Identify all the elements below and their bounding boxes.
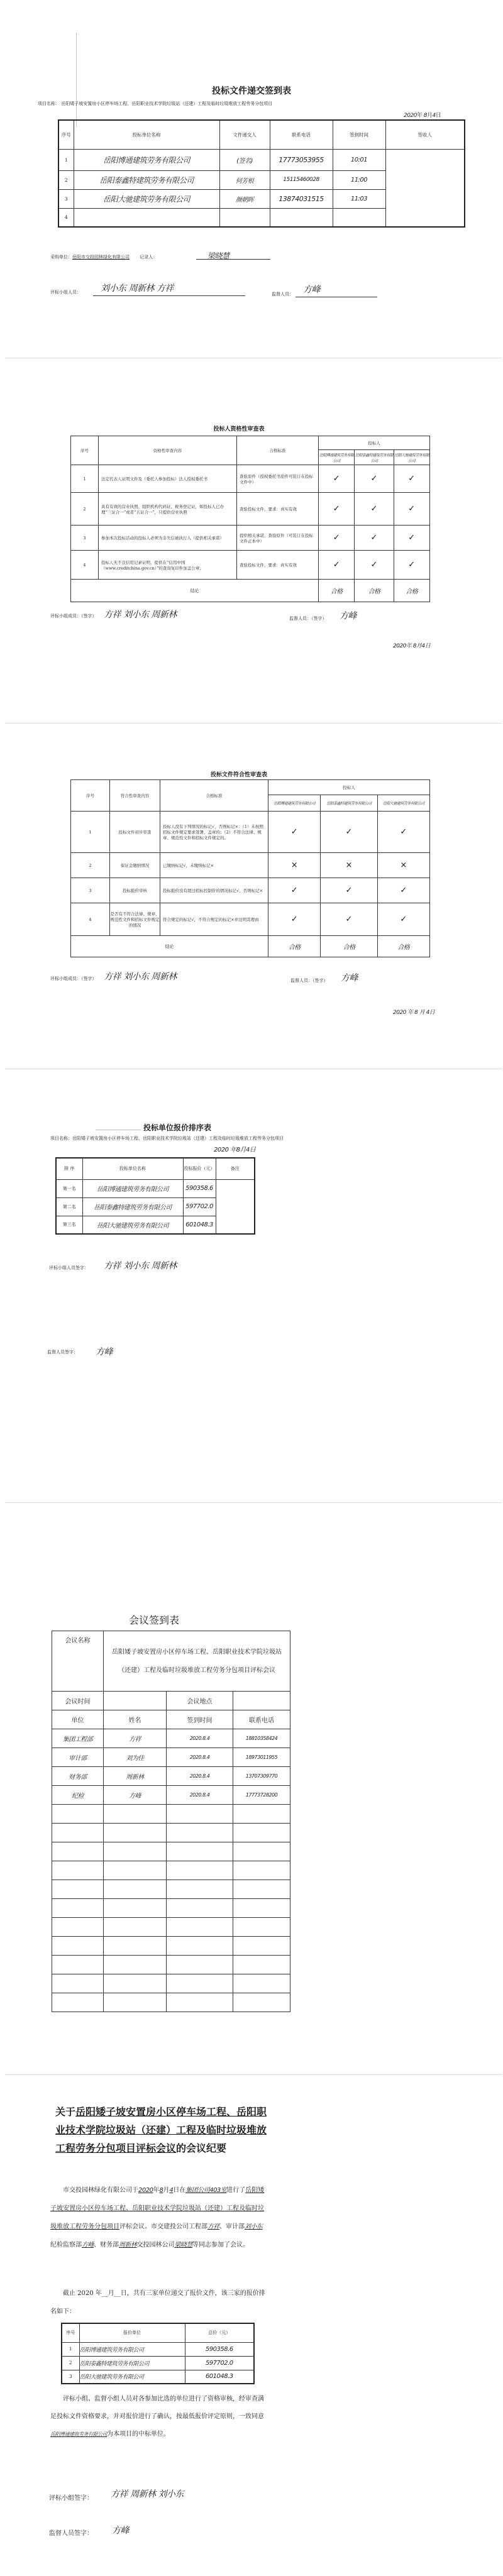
row-price: 590358.6	[183, 1179, 216, 1197]
check-mark: ✓	[321, 878, 377, 903]
row-no: 3	[62, 2370, 79, 2384]
conclusion-row: 结论 合格 合格 合格	[71, 936, 430, 957]
title-project: 岳阳矮子坡安置房小区停车场工程、岳阳职业技术学院垃圾站（还建）工程及临时垃圾堆放…	[55, 2106, 267, 2154]
row-no: 2	[71, 853, 110, 878]
row-name: 方祥	[104, 1729, 167, 1748]
text: 日在	[173, 2187, 185, 2194]
meeting-place-value	[233, 1692, 290, 1710]
row-no: 4	[58, 208, 74, 227]
row-no: 1	[62, 2342, 79, 2356]
empty-cell	[52, 1937, 104, 1956]
row-no: 2	[58, 170, 74, 189]
text: 纪检监察部	[50, 2242, 82, 2248]
empty-cell	[167, 1805, 233, 1824]
empty-row	[52, 1880, 290, 1899]
empty-row	[52, 1937, 290, 1956]
empty-cell	[104, 1956, 167, 1974]
supervisor-label: 监督人员签字：	[47, 1349, 78, 1355]
check-mark: ✓	[321, 903, 377, 936]
row-person: 颜朝晖	[219, 189, 270, 208]
empty-cell	[167, 1993, 233, 2012]
row-time: 2020.8.4	[167, 1786, 233, 1805]
row-phone: 17773053955	[270, 149, 333, 170]
text: 月	[163, 2187, 169, 2194]
check-mark: ✓	[377, 903, 429, 936]
empty-cell	[104, 1937, 167, 1956]
row-time: 2020.8.4	[167, 1748, 233, 1767]
supervisor-label: 监督人员：	[272, 291, 294, 297]
empty-cell	[167, 1824, 233, 1842]
page-separator	[5, 358, 502, 358]
empty-cell	[104, 1880, 167, 1899]
page-price-ranking: 投标单位报价排序表 项目名称：岳阳矮子坡安置房小区停车场工程、岳阳职业技术学院垃…	[0, 1072, 503, 1499]
check-mark: ✓	[355, 551, 394, 580]
supervisor-signature: 方峰	[112, 2524, 129, 2536]
table-row: 4 是否有不符合法律、规章、规范性文件和招标文件规定的情况 符合规定的标记√，不…	[71, 903, 430, 936]
cross-mark: ×	[321, 853, 377, 878]
project-name-row: 项目名称：岳阳矮子坡安置房小区停车场工程、岳阳职业技术学院垃圾站（还建）工程及临…	[50, 1135, 302, 1142]
col-phone: 联系电话	[233, 1710, 290, 1729]
bidder-3: 岳阳大驰建筑劳务有限公司	[377, 795, 429, 812]
empty-cell	[167, 1842, 233, 1861]
check-mark: ✓	[319, 551, 355, 580]
conclusion-value: 合格	[268, 936, 321, 957]
row-company: 岳阳大驰建筑劳务有限公司	[79, 2370, 185, 2384]
empty-row	[52, 1956, 290, 1974]
page-separator	[5, 1502, 502, 1503]
check-mark: ✓	[394, 526, 430, 551]
text: 评标小组、监督小组人员对各参加比选的单位进行了资格审核，经审查满足投标文件资格要…	[50, 2396, 264, 2420]
row-standard: 查验原件（授权委托书原件可装订在投标文件中）	[237, 465, 319, 493]
row-time	[333, 208, 385, 227]
row-price: 601048.3	[185, 2370, 254, 2384]
table-row: 第一名 岳阳博通建筑劳务有限公司 590358.6	[56, 1179, 255, 1197]
panel-label: 评标小组人员：	[50, 289, 81, 295]
row-standard: 已缴纳标记√，未缴纳标记×	[160, 853, 268, 878]
empty-cell	[167, 1956, 233, 1974]
check-mark: ✓	[268, 878, 321, 903]
panel-signatures: 方祥 周新林 刘小东	[111, 2487, 184, 2500]
empty-cell	[52, 1956, 104, 1974]
panel-signatures: 方祥 刘小东 周新林	[104, 1259, 177, 1272]
empty-cell	[52, 1899, 104, 1918]
table-row: 3 投标报价审核 投标报价没有超过招标控制价的情况标记√，否则标记× ✓ ✓ ✓	[71, 878, 430, 903]
row-time: 11:03	[333, 189, 385, 208]
empty-cell	[233, 1974, 290, 1993]
col-content: 符合性审查内容	[110, 780, 160, 812]
col-price: 总价（元）	[185, 2323, 254, 2342]
row-content: 法定代表人证明文件及（委托人参加投标）法人授权委托书	[99, 465, 237, 493]
row-phone: 18810358424	[233, 1729, 290, 1748]
col-no: 序号	[71, 436, 99, 465]
page-separator	[5, 723, 502, 724]
check-mark: ✓	[394, 493, 430, 526]
col-content: 资格性审查内容	[99, 436, 237, 465]
empty-cell	[52, 1861, 104, 1880]
empty-cell	[104, 1805, 167, 1824]
remark-cell	[216, 1179, 255, 1234]
col-bidders: 投标人	[319, 436, 430, 450]
minutes-price-table: 序号 报价单位 总价（元） 1 岳阳博通建筑劳务有限公司 590358.6 2 …	[61, 2323, 255, 2384]
col-name: 姓名	[104, 1710, 167, 1729]
check-mark: ✓	[377, 812, 429, 853]
row-time: 2020.8.4	[167, 1729, 233, 1748]
check-mark: ✓	[268, 903, 321, 936]
col-unit: 单位	[52, 1710, 104, 1729]
check-mark: ✓	[355, 526, 394, 551]
empty-cell	[104, 1993, 167, 2012]
table-row: 1 岳阳博通建筑劳务有限公司 (签名) 17773053955 10:01	[58, 149, 465, 170]
row-name: 周新林	[104, 1767, 167, 1786]
conclusion-value: 合格	[394, 580, 430, 602]
empty-cell	[233, 1861, 290, 1880]
check-mark: ✓	[355, 493, 394, 526]
row-price: 590358.6	[185, 2342, 254, 2356]
row-time: 11:00	[333, 170, 385, 189]
col-company: 报价单位	[79, 2323, 185, 2342]
row-company: 岳阳大驰建筑劳务有限公司	[82, 1216, 183, 1234]
page-conformity-review: 投标文件符合性审查表 序号 符合性审查内容 合格标准 投标人 岳阳博通建筑劳务有…	[0, 726, 503, 1065]
supervisor-signature: 方峰	[341, 971, 358, 984]
check-mark: ✓	[394, 551, 430, 580]
row-time: 10:01	[333, 149, 385, 170]
table-row: 2 保证金缴纳情况 已缴纳标记√，未缴纳标记× × × ×	[71, 853, 430, 878]
supervisor-label: 监督人员：（签字）	[289, 615, 327, 622]
row-no: 4	[71, 551, 99, 580]
empty-cell	[52, 1880, 104, 1899]
bidder-3: 岳阳大驰建筑劳务有限公司	[394, 450, 430, 465]
panel-label: 评标小组成员：（签字）	[50, 613, 97, 619]
row-price: 597702.0	[183, 1197, 216, 1216]
row-standard: 符合规定的标记√，不符合规定的标记×并注明其理由	[160, 903, 268, 936]
project-label: 项目名称：	[38, 101, 60, 106]
row-content: 保证金缴纳情况	[110, 853, 160, 878]
empty-cell	[233, 1956, 290, 1974]
conclusion-value: 合格	[377, 936, 429, 957]
title-rule	[96, 1130, 141, 1130]
page-meeting-minutes: 关于岳阳矮子坡安置房小区停车场工程、岳阳职业技术学院垃圾站（还建）工程及临时垃圾…	[0, 2078, 503, 2576]
empty-cell	[104, 1861, 167, 1880]
page-title: 会议签到表	[129, 1612, 179, 1627]
text: 年	[153, 2187, 159, 2194]
row-rank: 第三名	[56, 1216, 82, 1234]
row-company: 岳阳大驰建筑劳务有限公司	[74, 189, 219, 208]
supervisor-line	[296, 297, 377, 297]
row-phone: 13707309770	[233, 1767, 290, 1786]
check-mark: ✓	[319, 526, 355, 551]
text: 、财务部	[94, 2242, 119, 2248]
project-name: 岳阳矮子坡安置房小区停车场工程、岳阳职业技术学院垃圾站（还建）工程及临时垃圾堆放…	[72, 1136, 284, 1141]
check-mark: ✓	[355, 465, 394, 493]
row-no: 1	[58, 149, 74, 170]
purchaser-row: 采购单位：岳阳市交投园林绿化有限公司 记录人：	[50, 254, 157, 260]
page-meeting-signin: 会议签到表 会议名称 岳阳矮子坡安置房小区停车场工程、岳阳职业技术学院垃圾站（还…	[0, 1505, 503, 2059]
row-content: 是否有不符合法律、规章、规范性文件和招标文件规定的情况	[110, 903, 160, 936]
year-value: 2020	[138, 2187, 153, 2194]
row-unit: 纪检	[52, 1786, 104, 1805]
row-company: 岳阳泰鑫特建筑劳务有限公司	[82, 1197, 183, 1216]
panel-signatures: 方祥 刘小东 周新林	[104, 608, 177, 620]
purchaser-label: 采购单位：	[50, 255, 72, 260]
col-receiver: 签收人	[385, 120, 465, 149]
col-no: 序号	[58, 120, 74, 149]
row-company	[74, 208, 219, 227]
meeting-table: 会议名称 岳阳矮子坡安置房小区停车场工程、岳阳职业技术学院垃圾站（还建）工程及临…	[52, 1631, 290, 2012]
row-content: 投标报价审核	[110, 878, 160, 903]
row-standard: 查验投标文件，要求：真实有效	[237, 551, 319, 580]
col-signin-time: 签到时间	[167, 1710, 233, 1729]
empty-row	[52, 1974, 290, 1993]
table-row: 1 投标文件初步审查 投标人没有下列情况的标记√，否则标记×：（1）未按照招标文…	[71, 812, 430, 853]
meeting-name-value: 岳阳矮子坡安置房小区停车场工程、岳阳职业技术学院垃圾站（还建）工程及临时垃圾堆放…	[104, 1631, 290, 1692]
text: 为本项目的中标单位。	[107, 2431, 170, 2438]
col-price: 投标报价（元）	[183, 1158, 216, 1179]
table-row: 3 参加本次投标活动的投标人必须为非失信被执行人（提供相关承诺） 提供相关承诺，…	[71, 526, 430, 551]
row-phone: 13874031515	[270, 189, 333, 208]
bidder-2: 岳阳泰鑫特建筑劳务有限公司	[355, 450, 394, 465]
table-row: 集团工程部 方祥 2020.8.4 18810358424	[52, 1729, 290, 1748]
row-content: 具有有效的营业执照、组织机构代码证、税务登记证，如投标人已办理“三证合一”或者“…	[99, 493, 237, 526]
meeting-time-label: 会议时间	[52, 1692, 104, 1710]
empty-cell	[233, 1880, 290, 1899]
table-row: 财务部 周新林 2020.8.4 13707309770	[52, 1767, 290, 1786]
cross-mark: ×	[268, 853, 321, 878]
empty-row	[52, 1824, 290, 1842]
empty-cell	[167, 1899, 233, 1918]
empty-cell	[52, 1842, 104, 1861]
winner-value: 岳阳博通建筑劳务有限公司	[50, 2431, 107, 2437]
conclusion-value: 合格	[355, 580, 394, 602]
conclusion-label: 结论	[71, 580, 319, 602]
supervisor-label: 监督人员：（签字）	[290, 977, 328, 984]
row-content: 投标人无不良信用记录证明，提供在“信用中国（www.creditchina.go…	[99, 551, 237, 580]
row-standard: 提供相关承诺，查验原件（可装订在投标文件正本中）	[237, 526, 319, 551]
text: 交投园林公司	[137, 2242, 175, 2248]
panel-label: 评标小组成员：（签字）	[50, 976, 97, 982]
col-rank: 排 序	[56, 1158, 82, 1179]
table-row: 4 投标人无不良信用记录证明，提供在“信用中国（www.creditchina.…	[71, 551, 430, 580]
empty-cell	[52, 1824, 104, 1842]
minutes-para-3: 评标小组、监督小组人员对各参加比选的单位进行了资格审核，经审查满足投标文件资格要…	[50, 2391, 267, 2443]
empty-cell	[167, 1918, 233, 1937]
row-unit: 集团工程部	[52, 1729, 104, 1748]
minutes-para-1: 市交投园林绿化有限公司于2020年8月4日在集团公司403室进行了岳阳矮子坡安置…	[50, 2181, 267, 2254]
check-mark: ✓	[394, 465, 430, 493]
empty-cell	[167, 1937, 233, 1956]
row-person	[219, 208, 270, 227]
row-no: 3	[58, 189, 74, 208]
empty-cell	[233, 1918, 290, 1937]
table-row: 审计部 刘为佳 2020.8.4 18973011955	[52, 1748, 290, 1767]
ranking-table: 排 序 投标单位名称 投标报价（元） 备注 第一名 岳阳博通建筑劳务有限公司 5…	[55, 1157, 255, 1235]
supervisor-signature: 方峰	[303, 283, 320, 295]
row-no: 3	[71, 878, 110, 903]
row-no: 2	[71, 493, 99, 526]
empty-row	[52, 1899, 290, 1918]
panel-signatures: 刘小东 周新林 方祥	[101, 282, 174, 294]
row-no: 1	[71, 465, 99, 493]
row-time: 2020.8.4	[167, 1767, 233, 1786]
row-name: 刘为佳	[104, 1748, 167, 1767]
bidder-1: 岳阳博通建筑劳务有限公司	[319, 450, 355, 465]
qualification-table: 序号 资格性审查内容 合格标准 投标人 岳阳博通建筑劳务有限公司 岳阳泰鑫特建筑…	[70, 436, 430, 602]
check-mark: ✓	[321, 812, 377, 853]
empty-row	[52, 1861, 290, 1880]
row-standard: 查验投标文件，要求：真实有效	[237, 493, 319, 526]
table-row: 2 具有有效的营业执照、组织机构代码证、税务登记证，如投标人已办理“三证合一”或…	[71, 493, 430, 526]
empty-cell	[52, 1918, 104, 1937]
check-mark: ✓	[377, 878, 429, 903]
submission-table: 序号 投标单位名称 文件递交人 联系电话 签到时间 签收人 1 岳阳博通建筑劳务…	[58, 119, 465, 228]
empty-cell	[167, 1861, 233, 1880]
col-phone: 联系电话	[270, 120, 333, 149]
col-person: 文件递交人	[219, 120, 270, 149]
check-mark: ✓	[319, 493, 355, 526]
panel-signatures: 方祥 刘小东 周新林	[104, 970, 177, 983]
row-name: 方峰	[104, 1786, 167, 1805]
supervisor-signature: 方峰	[340, 609, 357, 622]
engineering-sig: 方祥	[207, 2223, 219, 2230]
conformity-table: 序号 符合性审查内容 合格标准 投标人 岳阳博通建筑劳务有限公司 岳阳泰鑫特建筑…	[70, 779, 430, 957]
row-company: 岳阳泰鑫特建筑劳务有限公司	[74, 170, 219, 189]
table-row: 纪检 方峰 2020.8.4 17773728200	[52, 1786, 290, 1805]
empty-row	[52, 1842, 290, 1861]
row-no: 1	[71, 812, 110, 853]
meeting-name-label: 会议名称	[52, 1631, 104, 1692]
page-separator	[5, 1069, 502, 1069]
row-price: 601048.3	[183, 1216, 216, 1234]
row-phone: 18973011955	[233, 1748, 290, 1767]
bidder-2: 岳阳泰鑫特建筑劳务有限公司	[321, 795, 377, 812]
empty-cell	[233, 1937, 290, 1956]
minutes-para-2: 截止 2020 年__月__日，共有三家单位递交了报价文件，该三家的报价排名如下…	[50, 2284, 267, 2321]
page-bid-submission-signin: 投标文件递交签到表 项目名称： 岳阳矮子坡安置房小区停车场工程、岳阳职业技术学院…	[0, 0, 503, 339]
text: 等同志参加了会议。	[192, 2242, 249, 2248]
empty-cell	[233, 1805, 290, 1824]
row-standard: 投标人没有下列情况的标记√，否则标记×：（1）未按照招标文件规定要求签署、盖章的…	[160, 812, 268, 853]
empty-cell	[233, 1899, 290, 1918]
empty-cell	[104, 1824, 167, 1842]
empty-cell	[104, 1918, 167, 1937]
page-qualification-review: 投标人资格性审查表 序号 资格性审查内容 合格标准 投标人 岳阳博通建筑劳务有限…	[0, 361, 503, 713]
page-title: 投标文件递交签到表	[0, 84, 503, 97]
project-name-row: 项目名称： 岳阳矮子坡安置房小区停车场工程、岳阳职业技术学院垃圾站（还建）工程及…	[38, 101, 272, 107]
text: 市交投园林绿化有限公司于	[63, 2187, 138, 2194]
empty-rows	[52, 1805, 290, 2012]
empty-cell	[52, 1993, 104, 2012]
col-no: 序号	[62, 2323, 79, 2342]
table-row: 2 岳阳泰鑫特建筑劳务有限公司 597702.0	[62, 2356, 254, 2370]
row-rank: 第一名	[56, 1179, 82, 1197]
bidder-1: 岳阳博通建筑劳务有限公司	[268, 795, 321, 812]
recorder-signature: 梁晓慧	[207, 250, 229, 261]
empty-cell	[104, 1842, 167, 1861]
page-separator	[5, 2074, 502, 2075]
col-no: 序号	[71, 780, 110, 812]
row-unit: 财务部	[52, 1767, 104, 1786]
title-suffix: 的会议纪要	[176, 2142, 226, 2154]
project-label: 项目名称：	[50, 1136, 72, 1141]
table-row: 1 岳阳博通建筑劳务有限公司 590358.6	[62, 2342, 254, 2356]
sign-date: 2020 年8月4日	[214, 1144, 255, 1153]
discipline-sig: 方峰	[82, 2242, 94, 2248]
supervisor-signature: 方峰	[96, 1345, 113, 1358]
meeting-place-label: 会议地点	[167, 1692, 233, 1710]
row-person: (签名)	[219, 149, 270, 170]
audit-sig: 刘小东	[245, 2223, 263, 2230]
empty-cell	[104, 1899, 167, 1918]
row-no: 3	[71, 526, 99, 551]
receiver-cell	[385, 149, 465, 227]
sign-date: 2020年 8月4日	[393, 641, 430, 649]
sign-date: 2020年 8月4日	[404, 111, 441, 119]
table-row: 1 法定代表人证明文件及（委托人参加投标）法人授权委托书 查验原件（授权委托书原…	[71, 465, 430, 493]
conclusion-value: 合格	[319, 580, 355, 602]
row-company: 岳阳泰鑫特建筑劳务有限公司	[79, 2356, 185, 2370]
col-bidders: 投标人	[268, 780, 430, 795]
panel-label: 评标小组人员签字：	[49, 1265, 89, 1271]
row-person: 何芳根	[219, 170, 270, 189]
empty-cell	[233, 1842, 290, 1861]
supervisor-label: 监督人员签字：	[49, 2528, 93, 2537]
row-no: 2	[62, 2356, 79, 2370]
scan-artifact-line	[76, 33, 77, 127]
check-mark: ✓	[268, 812, 321, 853]
page-title: 投标文件符合性审查表	[19, 770, 459, 778]
empty-row	[52, 1993, 290, 2012]
col-company: 投标单位名称	[82, 1158, 183, 1179]
row-rank: 第二名	[56, 1197, 82, 1216]
recorder-label: 记录人：	[140, 255, 157, 260]
row-company: 岳阳博通建筑劳务有限公司	[74, 149, 219, 170]
row-content: 参加本次投标活动的投标人必须为非失信被执行人（提供相关承诺）	[99, 526, 237, 551]
row-phone: 15115460028	[270, 170, 333, 189]
title-prefix: 关于	[55, 2106, 75, 2118]
text: 进行了	[226, 2187, 245, 2194]
col-remark: 备注	[216, 1158, 255, 1179]
row-standard: 投标报价没有超过招标控制价的情况标记√，否则标记×	[160, 878, 268, 903]
text: 评标会议。市交建投公司工程部	[119, 2223, 207, 2230]
panel-line	[93, 295, 245, 296]
empty-cell	[167, 1974, 233, 1993]
text: 、审计部	[219, 2223, 245, 2230]
row-phone: 17773728200	[233, 1786, 290, 1805]
project-name: 岳阳矮子坡安置房小区停车场工程、岳阳职业技术学院垃圾站（还建）工程及临时垃圾堆放…	[61, 101, 272, 106]
meeting-time-value	[104, 1692, 167, 1710]
conclusion-row: 结论 合格 合格 合格	[71, 580, 430, 602]
row-unit: 审计部	[52, 1748, 104, 1767]
sign-date: 2020 年 8 月 4日	[393, 1008, 434, 1016]
place-value: 集团公司403室	[185, 2187, 226, 2194]
purchaser-value: 岳阳市交投园林绿化有限公司	[72, 255, 130, 260]
row-price: 597702.0	[185, 2356, 254, 2370]
col-standard: 合格标准	[160, 780, 268, 812]
row-company: 岳阳博通建筑劳务有限公司	[79, 2342, 185, 2356]
minutes-title: 关于岳阳矮子坡安置房小区停车场工程、岳阳职业技术学院垃圾站（还建）工程及临时垃圾…	[55, 2103, 269, 2157]
finance-sig: 周新林	[119, 2242, 137, 2248]
page-title: 投标单位报价排序表	[143, 1122, 211, 1133]
row-no: 4	[71, 903, 110, 936]
col-company: 投标单位名称	[74, 120, 219, 149]
conclusion-label: 结论	[71, 936, 268, 957]
page-title: 投标人资格性审查表	[19, 424, 459, 432]
empty-cell	[52, 1805, 104, 1824]
empty-cell	[233, 1993, 290, 2012]
col-standard: 合格标准	[237, 436, 319, 465]
empty-row	[52, 1918, 290, 1937]
empty-cell	[52, 1974, 104, 1993]
row-content: 投标文件初步审查	[110, 812, 160, 853]
